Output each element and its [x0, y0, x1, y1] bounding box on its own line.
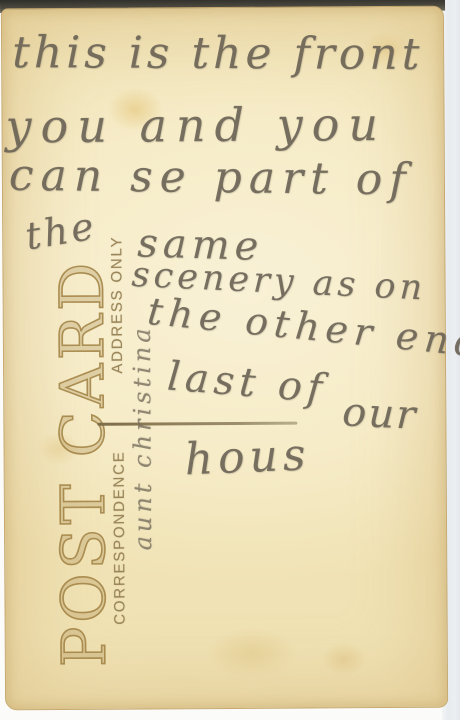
- postcard-scan: POST CARD CORRESPONDENCE ADDRESS ONLY th…: [0, 0, 460, 720]
- handwriting-line: can se part of: [9, 150, 413, 206]
- postcard: POST CARD CORRESPONDENCE ADDRESS ONLY th…: [1, 6, 448, 711]
- handwriting-line: you and you: [5, 97, 387, 153]
- handwriting-line: the: [22, 204, 99, 259]
- handwriting-vertical-note: aunt christina: [123, 254, 161, 620]
- handwriting-line: our: [341, 389, 418, 438]
- handwriting-line: this is the front: [12, 27, 423, 80]
- age-stain: [192, 619, 312, 686]
- handwriting-line: last of: [166, 353, 329, 412]
- handwriting-line: hous: [184, 429, 312, 485]
- age-stain: [314, 637, 374, 681]
